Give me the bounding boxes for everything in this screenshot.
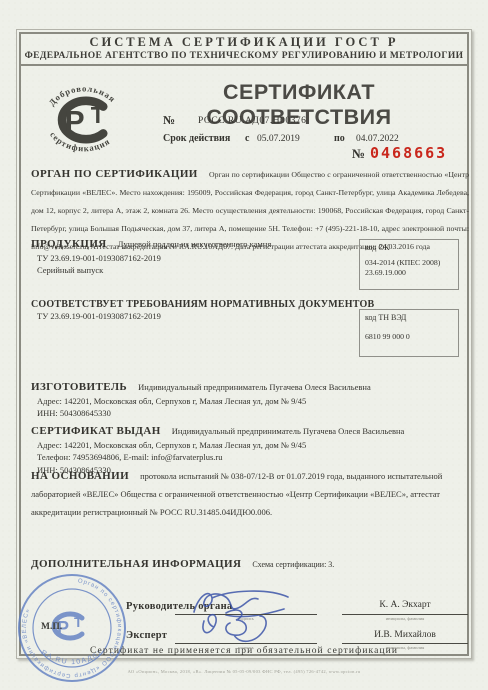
holder-label: СЕРТИФИКАТ ВЫДАН	[31, 425, 161, 437]
expert-name: И.В. Михайлов	[345, 630, 465, 640]
validity-from-date: 05.07.2019	[257, 134, 300, 144]
manufacturer-name: Индивидуальный предприниматель Пугачева …	[138, 382, 371, 392]
manufacturer-label: ИЗГОТОВИТЕЛЬ	[31, 381, 127, 393]
stamp-rst-letter-t: Т	[74, 614, 83, 630]
agency-title: ФЕДЕРАЛЬНОЕ АГЕНТСТВО ПО ТЕХНИЧЕСКОМУ РЕ…	[18, 51, 470, 61]
certificate-page: СИСТЕМА СЕРТИФИКАЦИИ ГОСТ Р ФЕДЕРАЛЬНОЕ …	[0, 0, 488, 690]
reg-number: РОСС RU.АД07.Н00376	[198, 116, 306, 126]
manufacturer-address: Адрес: 142201, Московская обл, Серпухов …	[31, 395, 451, 407]
logo-letter-p: Р	[65, 106, 85, 139]
product-label: ПРОДУКЦИЯ	[31, 238, 107, 250]
section-product: ПРОДУКЦИЯ Душевой поддон из искусственно…	[31, 234, 353, 277]
code-tnved-label: код ТН ВЭД	[360, 310, 458, 322]
logo-letter-t: Т	[91, 102, 105, 128]
form-number: 0468663	[370, 144, 447, 162]
form-number-sign: №	[352, 146, 365, 162]
head-name-caption: инициалы, фамилия	[342, 616, 468, 621]
code-ok-value-2: 23.69.19.000	[365, 268, 458, 278]
restriction-note: Сертификат не применяется при обязательн…	[59, 646, 429, 656]
head-name-line	[342, 614, 468, 615]
code-tnved-box: код ТН ВЭД 6810 99 000 0	[359, 309, 459, 357]
conformity-text: ТУ 23.69.19-001-0193087162-2019	[37, 311, 161, 321]
code-ok-value-1: 034-2014 (КПЕС 2008)	[365, 258, 458, 268]
org-stamp: Орган по сертификации ООО «Центр Сертифи…	[16, 572, 128, 684]
code-ok-label: код ОК	[360, 240, 458, 252]
head-name: К. А. Экхарт	[345, 600, 465, 610]
manufacturer-inn: ИНН: 504308645330	[31, 407, 451, 419]
section-manufacturer: ИЗГОТОВИТЕЛЬ Индивидуальный предпринимат…	[31, 377, 451, 420]
validity-label: Срок действия	[163, 133, 230, 144]
header-divider	[21, 64, 467, 66]
expert-name-line	[342, 643, 468, 644]
additional-info-text: Схема сертификации: 3.	[252, 560, 334, 569]
printer-note: АО «Опцион», Москва, 2018, «В». Лицензия…	[0, 669, 488, 674]
additional-info-label: ДОПОЛНИТЕЛЬНАЯ ИНФОРМАЦИЯ	[31, 558, 241, 570]
mp-mark: М.П.	[41, 622, 62, 632]
expert-signature-title: Эксперт	[126, 630, 167, 641]
product-tu: ТУ 23.69.19-001-0193087162-2019	[31, 252, 353, 264]
holder-name: Индивидуальный предприниматель Пугачева …	[172, 426, 405, 436]
code-ok-box: код ОК 034-2014 (КПЕС 2008) 23.69.19.000	[359, 239, 459, 290]
conformity-label: СООТВЕТСТВУЕТ ТРЕБОВАНИЯМ НОРМАТИВНЫХ ДО…	[31, 299, 374, 310]
product-name: Душевой поддон из искусственного камня	[118, 239, 272, 249]
section-additional-info: ДОПОЛНИТЕЛЬНАЯ ИНФОРМАЦИЯ Схема сертифик…	[31, 554, 451, 572]
holder-phone: Телефон: 74953694806, E-mail: info@farva…	[31, 451, 451, 463]
validity-from-label: с	[245, 133, 249, 144]
validity-to-label: по	[334, 133, 345, 144]
validity-to-date: 04.07.2022	[356, 134, 399, 144]
code-tnved-value: 6810 99 000 0	[360, 322, 458, 342]
reg-number-sign: №	[163, 113, 175, 128]
product-serial: Серийный выпуск	[31, 264, 353, 276]
certification-body-label: ОРГАН ПО СЕРТИФИКАЦИИ	[31, 168, 198, 180]
holder-address: Адрес: 142201, Московская обл, Серпухов …	[31, 439, 451, 451]
system-title: СИСТЕМА СЕРТИФИКАЦИИ ГОСТ Р	[20, 35, 468, 50]
rst-logo-icon: Добровольная сертификация Р Т	[36, 72, 132, 168]
expert-signature-line	[175, 643, 317, 644]
section-basis: НА ОСНОВАНИИ протокола испытаний № 038-0…	[31, 466, 445, 520]
expert-signature-ink	[196, 603, 288, 647]
basis-label: НА ОСНОВАНИИ	[31, 470, 129, 482]
